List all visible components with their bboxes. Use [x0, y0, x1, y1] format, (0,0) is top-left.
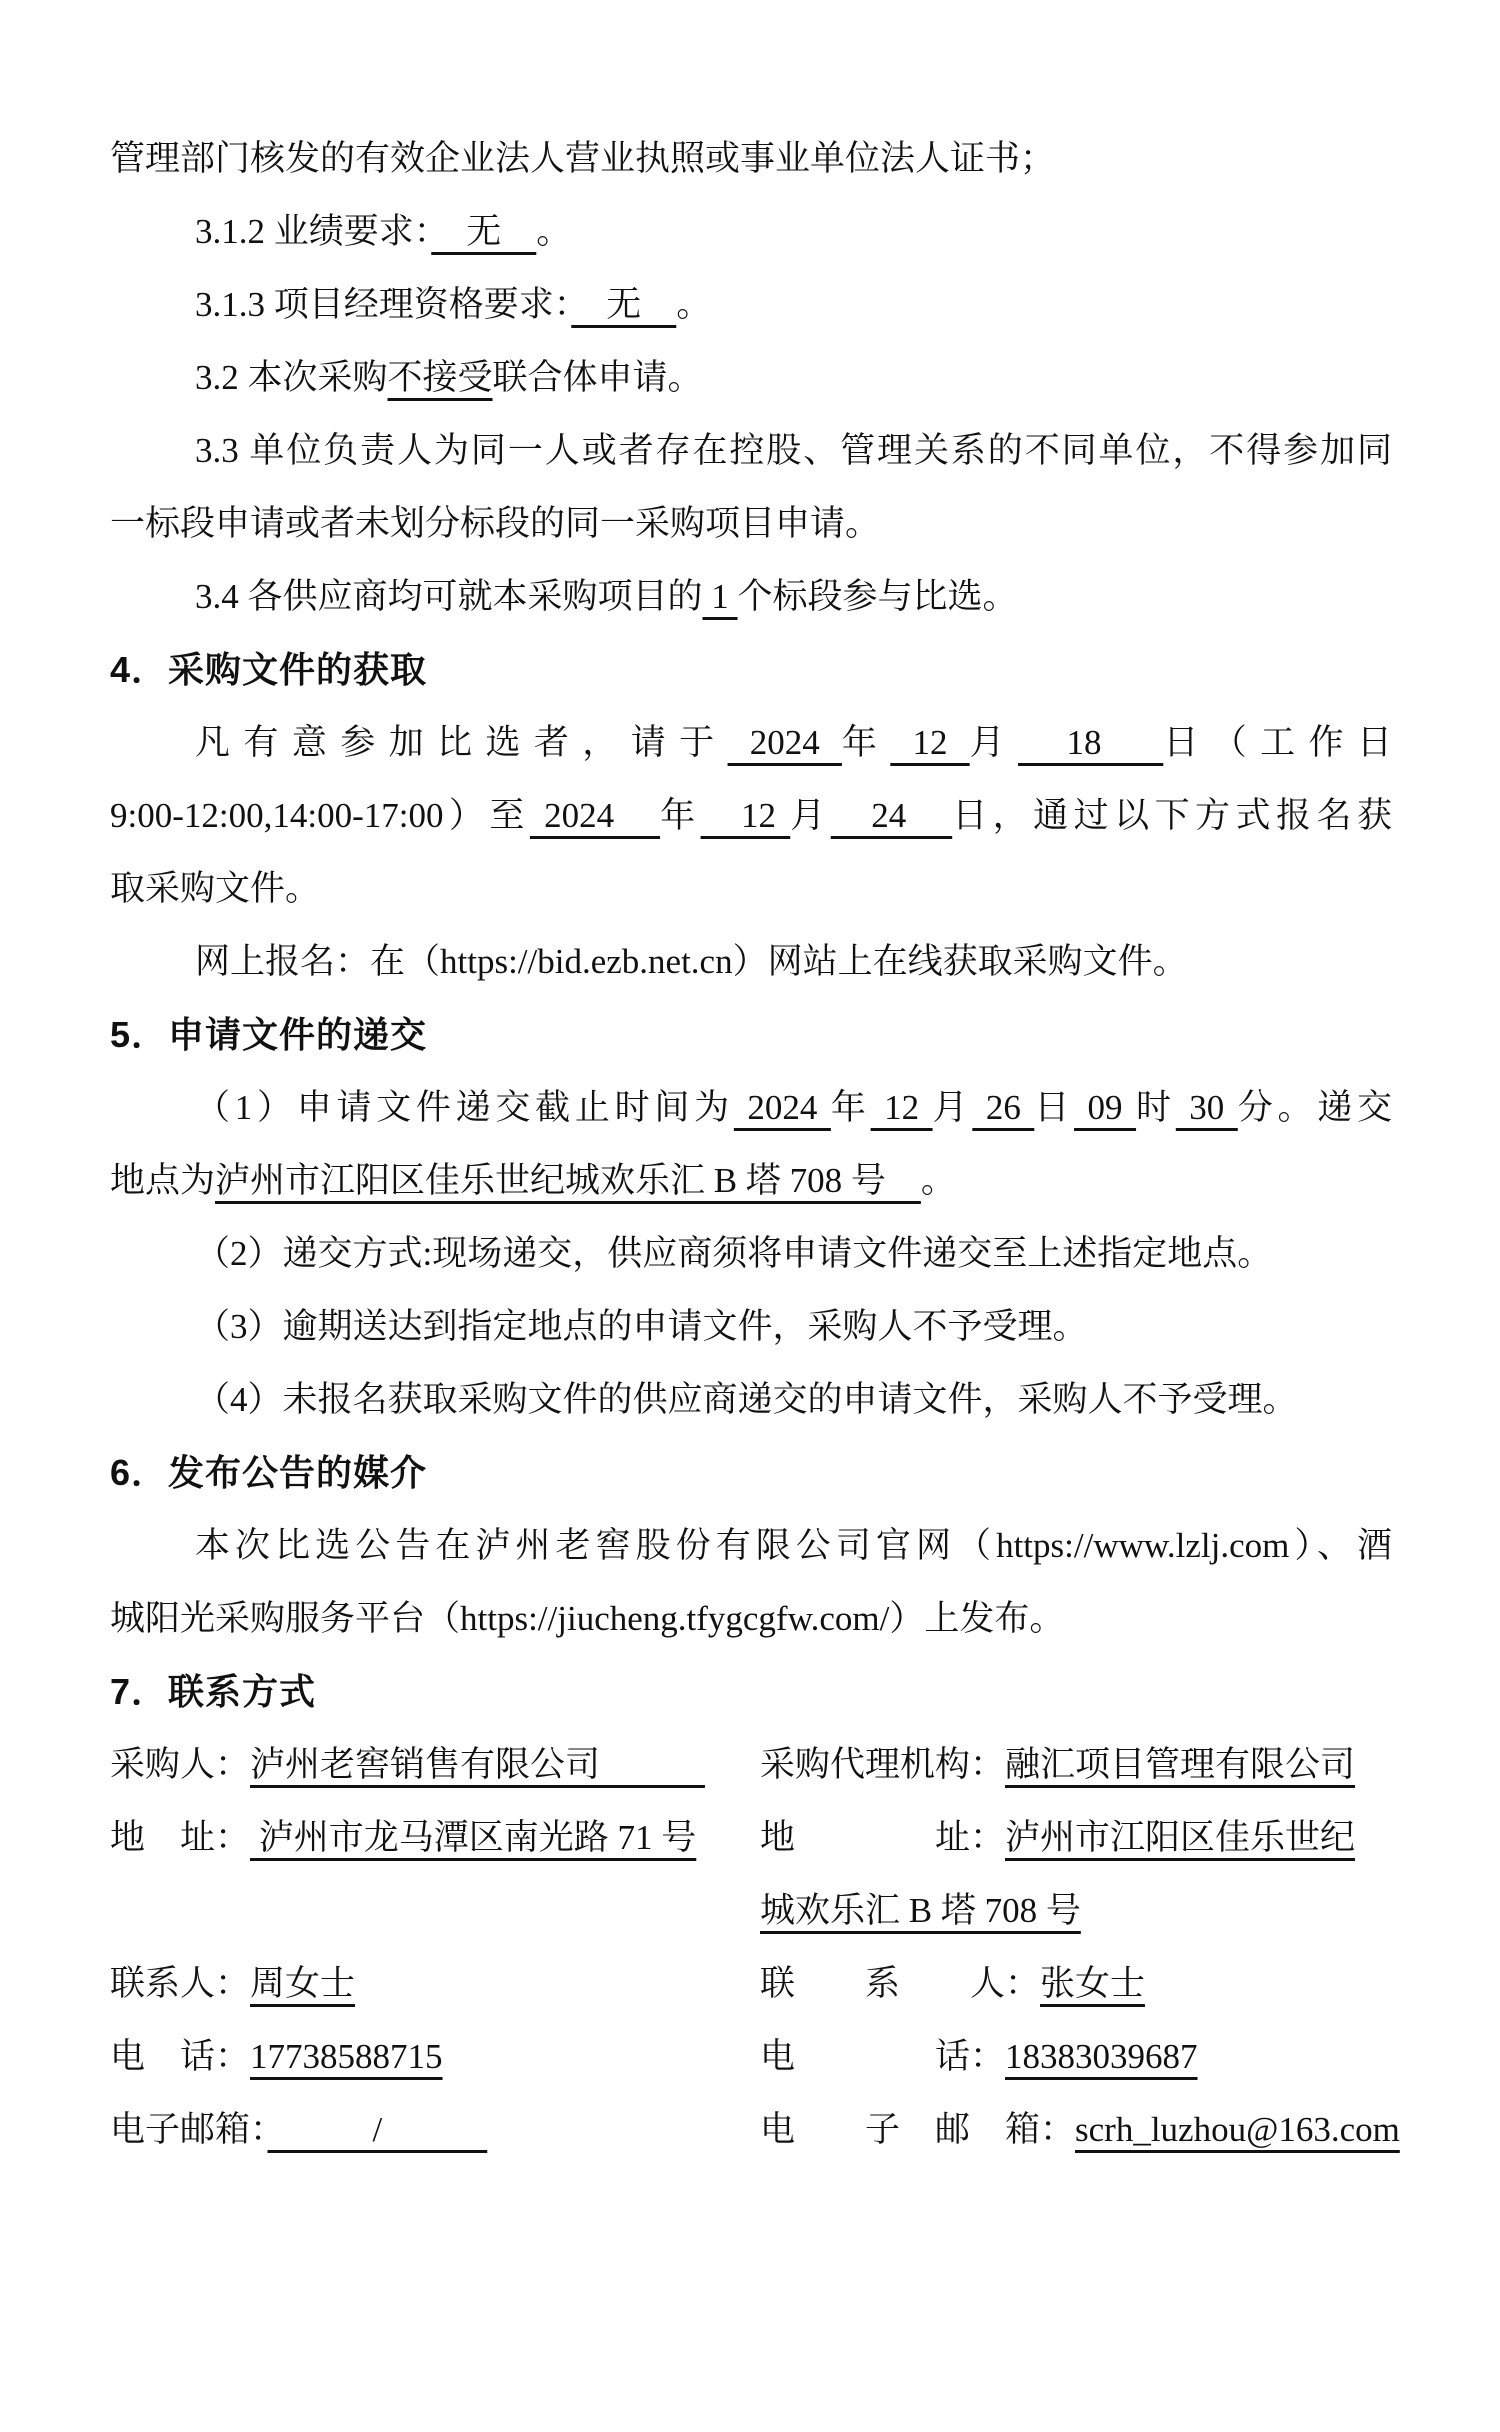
agency-phone-label: 电 话：: [760, 2037, 1005, 2076]
para-text: 分。递交: [1238, 1088, 1392, 1127]
clause-text: 个标段参与比选。: [738, 577, 1018, 616]
underlined-month: 12: [890, 723, 969, 762]
para-text: 年: [831, 1088, 871, 1127]
intro-continuation-line: 管理部门核发的有效企业法人营业执照或事业单位法人证书；: [110, 122, 1392, 195]
para-6-line2: 城阳光采购服务平台（https://jiucheng.tfygcgfw.com/…: [110, 1582, 1392, 1655]
clause-text: 3.1.2 业绩要求：: [195, 212, 431, 251]
clause-3-4: 3.4 各供应商均可就本采购项目的 1 个标段参与比选。: [110, 560, 1392, 633]
para-text: 。: [921, 1161, 956, 1200]
empty-cell: [110, 1874, 760, 1947]
agency-contact-row: 联 系 人：张女士: [760, 1947, 1400, 2020]
para-text: 日: [1034, 1088, 1074, 1127]
buyer-row: 采购人：泸州老窖销售有限公司: [110, 1728, 760, 1801]
agency-label: 采购代理机构：: [760, 1745, 1005, 1784]
buyer-contact-row: 联系人：周女士: [110, 1947, 760, 2020]
underlined-year: 2024: [728, 723, 842, 762]
underlined-day: 26: [972, 1088, 1034, 1127]
para-text: 日，通过以下方式报名获: [952, 796, 1392, 835]
para-text: 日（工作日: [1163, 723, 1392, 762]
underlined-year: 2024: [530, 796, 660, 835]
para-text: 9:00-12:00,14:00-17:00）至: [110, 796, 530, 835]
buyer-email-label: 电子邮箱：: [110, 2110, 268, 2149]
para-text: 年: [660, 796, 700, 835]
agency-address-value: 泸州市江阳区佳乐世纪: [1005, 1818, 1355, 1857]
para-5-4: （4）未报名获取采购文件的供应商递交的申请文件，采购人不予受理。: [110, 1363, 1392, 1436]
agency-contact-label: 联 系 人：: [760, 1964, 1040, 2003]
buyer-label: 采购人：: [110, 1745, 250, 1784]
agency-address-value-2: 城欢乐汇 B 塔 708 号: [760, 1891, 1081, 1930]
para-5-1-line2: 地点为泸州市江阳区佳乐世纪城欢乐汇 B 塔 708 号 。: [110, 1144, 1392, 1217]
para-5-3: （3）逾期送达到指定地点的申请文件，采购人不予受理。: [110, 1290, 1392, 1363]
para-text: 凡有意参加比选者，请于: [195, 723, 728, 762]
underlined-minute: 30: [1176, 1088, 1238, 1127]
para-5-1-line1: （1）申请文件递交截止时间为 2024 年 12 月 26 日 09 时 30 …: [110, 1071, 1392, 1144]
agency-contact-name: 张女士: [1040, 1964, 1145, 2003]
clause-3-1-3: 3.1.3 项目经理资格要求： 无 。: [110, 268, 1392, 341]
buyer-contact-label: 联系人：: [110, 1964, 250, 2003]
document-page: 管理部门核发的有效企业法人营业执照或事业单位法人证书； 3.1.2 业绩要求： …: [0, 0, 1500, 2432]
clause-3-1-2: 3.1.2 业绩要求： 无 。: [110, 195, 1392, 268]
agency-address-row: 地 址：泸州市江阳区佳乐世纪: [760, 1801, 1400, 1874]
agency-row: 采购代理机构：融汇项目管理有限公司: [760, 1728, 1400, 1801]
para-5-2: （2）递交方式:现场递交，供应商须将申请文件递交至上述指定地点。: [110, 1217, 1392, 1290]
underlined-hour: 09: [1074, 1088, 1136, 1127]
clause-text: 。: [536, 212, 571, 251]
agency-address-row-2: 城欢乐汇 B 塔 708 号: [760, 1874, 1400, 1947]
underlined-day: 18: [1018, 723, 1163, 762]
para-4-line3: 取采购文件。: [110, 852, 1392, 925]
buyer-contact-name: 周女士: [250, 1964, 355, 2003]
buyer-phone-row: 电 话：17738588715: [110, 2020, 760, 2093]
heading-section-4: 4．采购文件的获取: [110, 633, 1392, 706]
buyer-phone-label: 电 话：: [110, 2037, 250, 2076]
para-text: 地点为: [110, 1161, 215, 1200]
heading-section-5: 5．申请文件的递交: [110, 998, 1392, 1071]
underlined-address: 泸州市江阳区佳乐世纪城欢乐汇 B 塔 708 号: [215, 1161, 921, 1200]
agency-address-label: 地 址：: [760, 1818, 1005, 1857]
agency-phone-row: 电 话：18383039687: [760, 2020, 1400, 2093]
para-text: 月: [933, 1088, 973, 1127]
buyer-email-blank: /: [268, 2110, 488, 2149]
clause-3-2: 3.2 本次采购不接受联合体申请。: [110, 341, 1392, 414]
agency-phone-number: 18383039687: [1005, 2037, 1198, 2076]
underlined-day: 24: [831, 796, 952, 835]
para-4-online-signup: 网上报名：在（https://bid.ezb.net.cn）网站上在线获取采购文…: [110, 925, 1392, 998]
heading-section-6: 6．发布公告的媒介: [110, 1436, 1392, 1509]
para-4-line2: 9:00-12:00,14:00-17:00）至 2024 年 12 月 24 …: [110, 779, 1392, 852]
agency-email-row: 电 子 邮 箱：scrh_luzhou@163.com: [760, 2093, 1400, 2166]
clause-3-3-line1: 3.3 单位负责人为同一人或者存在控股、管理关系的不同单位，不得参加同: [110, 414, 1392, 487]
buyer-address-label: 地 址：: [110, 1818, 250, 1857]
underlined-month: 12: [701, 796, 791, 835]
buyer-phone-number: 17738588715: [250, 2037, 443, 2076]
buyer-email-row: 电子邮箱： /: [110, 2093, 760, 2166]
para-6-line1: 本次比选公告在泸州老窖股份有限公司官网（https://www.lzlj.com…: [110, 1509, 1392, 1582]
buyer-address-row: 地 址： 泸州市龙马潭区南光路 71 号: [110, 1801, 760, 1874]
clause-text: 。: [676, 285, 711, 324]
clause-text: 3.1.3 项目经理资格要求：: [195, 285, 571, 324]
clause-text: 联合体申请。: [493, 358, 703, 397]
para-text: 年: [842, 723, 890, 762]
heading-section-7: 7．联系方式: [110, 1655, 1392, 1728]
agency-name: 融汇项目管理有限公司: [1005, 1745, 1355, 1784]
agency-email-value: scrh_luzhou@163.com: [1075, 2110, 1400, 2149]
clause-text: 3.4 各供应商均可就本采购项目的: [195, 577, 703, 616]
underlined-blank-none: 无: [431, 212, 536, 251]
underlined-blank-none: 无: [571, 285, 676, 324]
para-text: 月: [790, 796, 830, 835]
underlined-year: 2024: [734, 1088, 831, 1127]
para-text: 月: [970, 723, 1018, 762]
para-text: （1）申请文件递交截止时间为: [195, 1088, 734, 1127]
buyer-address-value: 泸州市龙马潭区南光路 71 号: [250, 1818, 696, 1857]
underlined-lot-count: 1: [703, 577, 738, 616]
para-4-line1: 凡有意参加比选者，请于 2024 年 12 月 18 日（工作日: [110, 706, 1392, 779]
contact-info-table: 采购人：泸州老窖销售有限公司 采购代理机构：融汇项目管理有限公司 地 址： 泸州…: [110, 1728, 1392, 2166]
clause-3-3-line2: 一标段申请或者未划分标段的同一采购项目申请。: [110, 487, 1392, 560]
agency-email-label: 电 子 邮 箱：: [760, 2110, 1075, 2149]
underlined-month: 12: [871, 1088, 933, 1127]
underlined-emphasis: 不接受: [388, 358, 493, 397]
para-text: 时: [1136, 1088, 1176, 1127]
clause-text: 3.2 本次采购: [195, 358, 388, 397]
buyer-name: 泸州老窖销售有限公司: [250, 1745, 705, 1784]
